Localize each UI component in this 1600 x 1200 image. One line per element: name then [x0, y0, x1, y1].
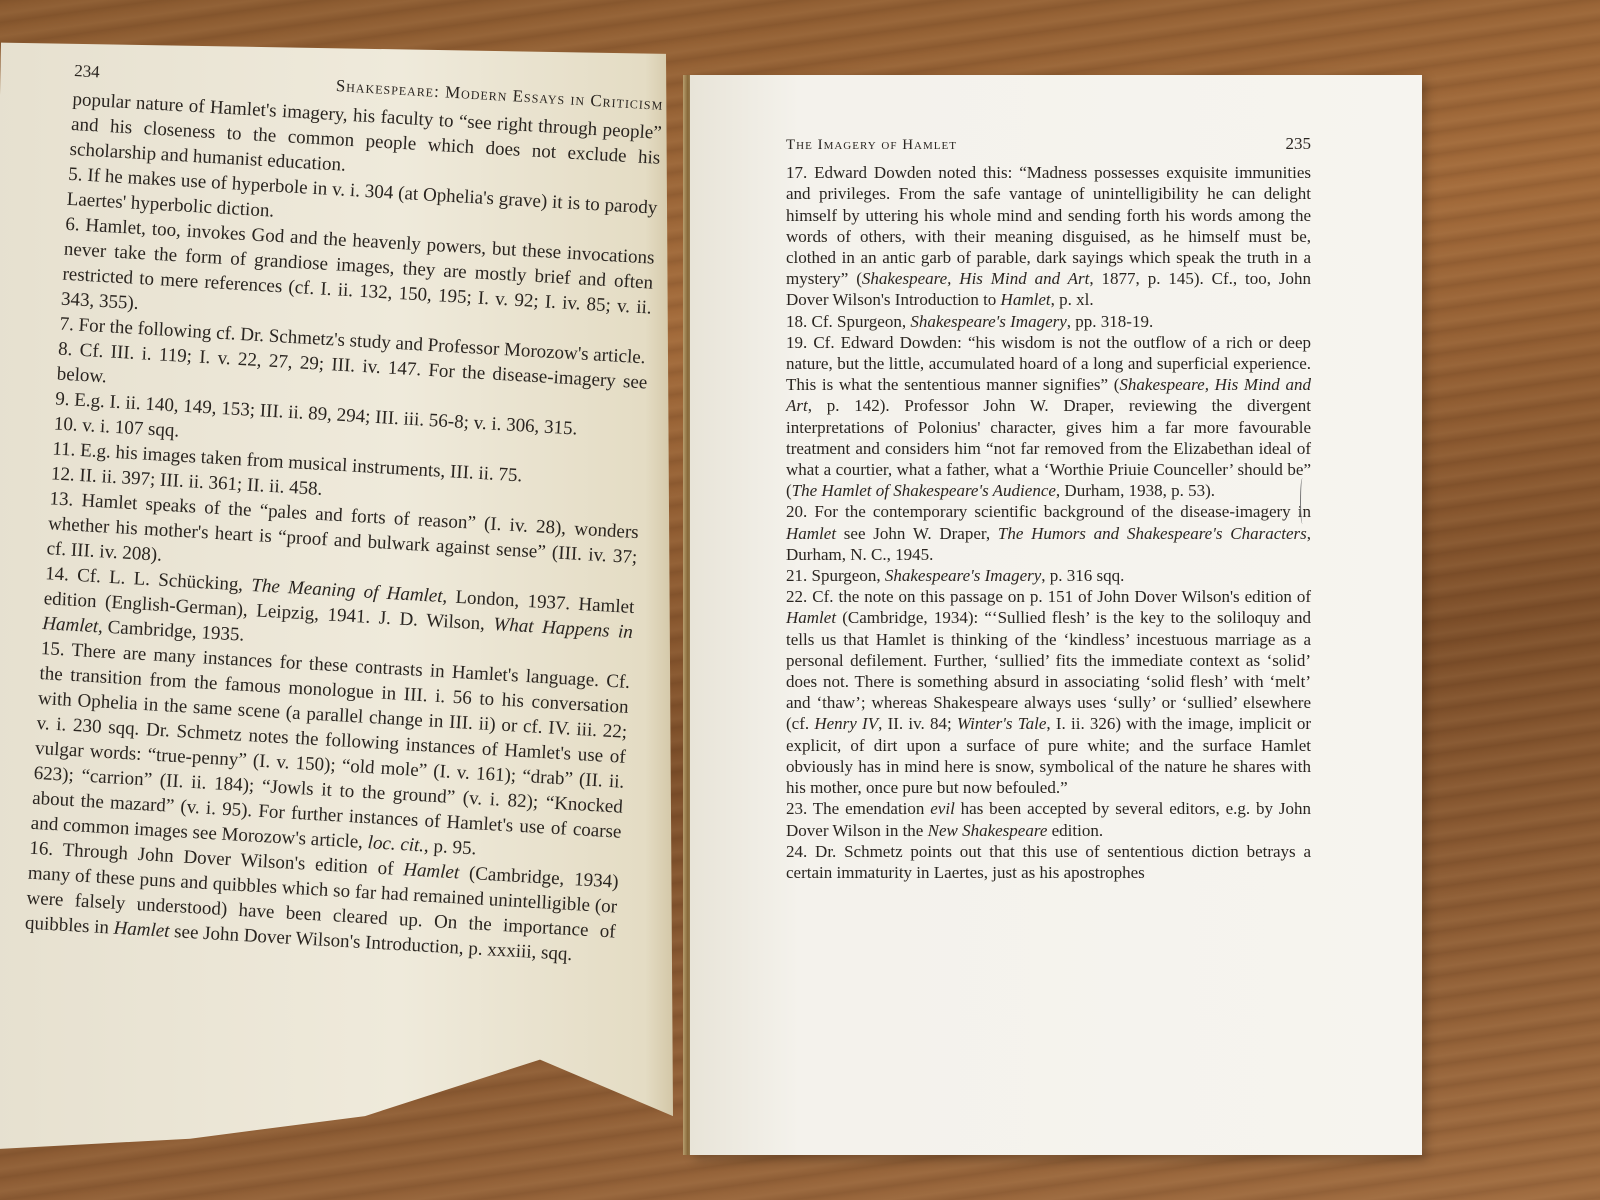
right-running-title: The Imagery of Hamlet [786, 135, 957, 156]
page-number-left: 234 [74, 58, 101, 84]
footnote-22: 22. Cf. the note on this passage on p. 1… [786, 586, 1311, 798]
footnote-21: 21. Spurgeon, Shakespeare's Imagery, p. … [786, 565, 1311, 586]
page-number-right: 235 [1286, 133, 1312, 154]
footnote-23: 23. The emendation evil has been accepte… [786, 798, 1311, 840]
footnote-17: 17. Edward Dowden noted this: “Madness p… [786, 162, 1311, 310]
footnote-19: 19. Cf. Edward Dowden: “his wisdom is no… [786, 332, 1311, 502]
pencil-margin-mark [1300, 478, 1305, 524]
right-running-head: The Imagery of Hamlet 235 [786, 133, 1311, 156]
footnote-18: 18. Cf. Spurgeon, Shakespeare's Imagery,… [786, 311, 1311, 332]
right-page-text: The Imagery of Hamlet 235 17. Edward Dow… [786, 133, 1311, 883]
footnote-20: 20. For the contemporary scientific back… [786, 501, 1311, 565]
left-page: 234 Shakespeare: Modern Essays in Critic… [0, 20, 680, 1150]
left-page-text: 234 Shakespeare: Modern Essays in Critic… [24, 58, 664, 970]
footnote-15: 15. There are many instances for these c… [30, 636, 631, 870]
right-page: The Imagery of Hamlet 235 17. Edward Dow… [690, 75, 1422, 1155]
footnote-24: 24. Dr. Schmetz points out that this use… [786, 841, 1311, 883]
